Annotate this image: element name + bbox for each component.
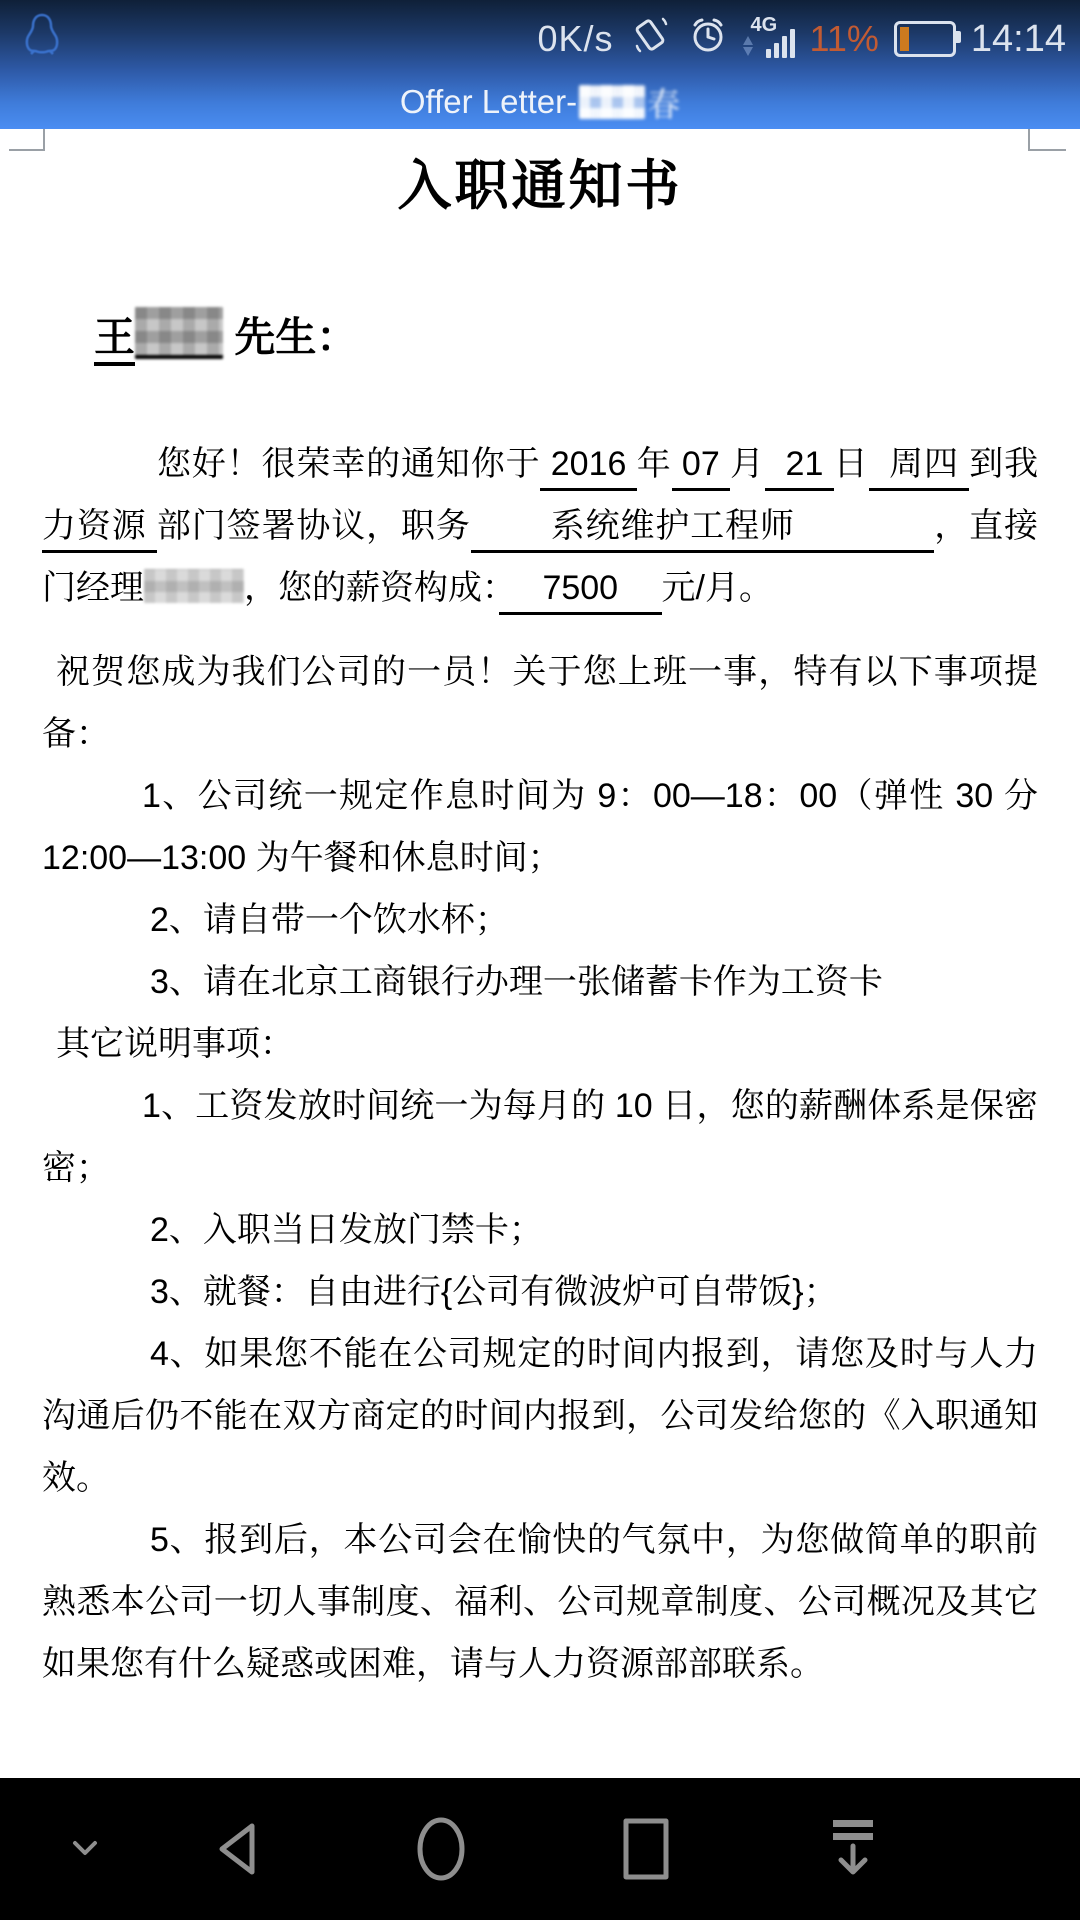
battery-level-fill <box>900 27 909 51</box>
redacted-name <box>579 85 645 119</box>
recipient-line: 王 先生： <box>42 301 1038 373</box>
redacted-text <box>144 569 244 603</box>
document-viewport[interactable]: 入职通知书 王 先生：您好！很荣幸的通知你于 2016 年 07 月 21 日 … <box>0 129 1080 1778</box>
document-line: 您好！很荣幸的通知你于 2016 年 07 月 21 日 周四 到我公司 人 <box>42 433 1038 495</box>
document-line: 备： <box>42 703 1038 765</box>
text-segment: 年 <box>637 445 672 483</box>
status-bar: 0K/s 4G <box>0 0 1080 70</box>
document-line: 1、工资发放时间统一为每月的 10 日，您的薪酬体系是保密的，请注意保 <box>42 1075 1038 1137</box>
document-line: 祝贺您成为我们公司的一员！关于您上班一事，特有以下事项提醒您做相应准 <box>42 641 1038 703</box>
text-segment: 门经理 <box>42 569 144 607</box>
text-segment: 力资源 <box>42 507 157 553</box>
recents-button[interactable] <box>620 1816 672 1882</box>
text-segment: ，您的薪资构成： <box>244 569 499 607</box>
document-page: 入职通知书 王 先生：您好！很荣幸的通知你于 2016 年 07 月 21 日 … <box>0 157 1080 1695</box>
text-segment: 熟悉本公司一切人事制度、福利、公司规章制度、公司概况及其它应注意事项， <box>42 1583 1038 1633</box>
text-segment: 先生： <box>223 314 357 360</box>
qq-notification-icon[interactable] <box>22 10 62 61</box>
text-segment: 日 <box>834 445 869 483</box>
text-segment: 月 <box>730 445 765 483</box>
text-segment: 1、工资发放时间统一为每月的 10 日，您的薪酬体系是保密的，请注意保 <box>42 1087 1038 1137</box>
document-line: 熟悉本公司一切人事制度、福利、公司规章制度、公司概况及其它应注意事项， <box>42 1571 1038 1633</box>
document-line: 5、报到后，本公司会在愉快的气氛中，为您做简单的职前讲解，包括让您 <box>42 1509 1038 1571</box>
text-segment: 密； <box>42 1149 110 1187</box>
page-corner-mark-left <box>9 129 45 151</box>
back-button[interactable] <box>212 1820 260 1878</box>
document-line: 3、就餐：自由进行{公司有微波炉可自带饭}； <box>42 1261 1038 1323</box>
text-segment: 21 <box>765 445 834 491</box>
document-line: 如果您有什么疑惑或困难，请与人力资源部部联系。 <box>42 1633 1038 1695</box>
text-segment: 备： <box>42 715 110 753</box>
text-segment: 您好！很荣幸的通知你于 <box>157 445 540 483</box>
text-segment: 如果您有什么疑惑或困难，请与人力资源部部联系。 <box>42 1645 824 1683</box>
document-line: 密； <box>42 1137 1038 1199</box>
header: 0K/s 4G <box>0 0 1080 129</box>
text-segment: 1、公司统一规定作息时间为 9：00—18：00（弹性 30 分钟），其中 <box>42 777 1038 827</box>
text-segment: 07 <box>672 445 730 491</box>
document-line: 其它说明事项： <box>42 1013 1038 1075</box>
text-segment: 系统维护工程师 <box>471 507 935 553</box>
home-button[interactable] <box>414 1815 468 1883</box>
document-body: 王 先生：您好！很荣幸的通知你于 2016 年 07 月 21 日 周四 到我公… <box>42 301 1038 1695</box>
document-line: 12:00—13:00 为午餐和休息时间； <box>42 827 1038 889</box>
network-speed: 0K/s <box>537 18 613 60</box>
document-line: 3、请在北京工商银行办理一张储蓄卡作为工资卡 <box>42 951 1038 1013</box>
document-line: 力资源 部门签署协议，职务 系统维护工程师 ，直接汇报组部 <box>42 495 1038 557</box>
text-segment: 2、入职当日发放门禁卡； <box>150 1211 543 1249</box>
alarm-icon <box>686 13 730 66</box>
text-segment: 周四 <box>869 445 970 491</box>
document-line: 效。 <box>42 1447 1038 1509</box>
text-segment: 2、请自带一个饮水杯； <box>150 901 509 939</box>
text-segment: 祝贺您成为我们公司的一员！关于您上班一事，特有以下事项提醒您做相应准 <box>42 653 1038 703</box>
android-nav-bar <box>0 1778 1080 1920</box>
clock: 14:14 <box>971 18 1066 61</box>
text-segment: 12:00—13:00 为午餐和休息时间； <box>42 839 562 877</box>
document-line: 1、公司统一规定作息时间为 9：00—18：00（弹性 30 分钟），其中 <box>42 765 1038 827</box>
document-heading: 入职通知书 <box>42 157 1038 215</box>
document-line: 2、入职当日发放门禁卡； <box>42 1199 1038 1261</box>
redacted-text <box>135 307 223 359</box>
document-line: 门经理，您的薪资构成： 7500 元/月。 <box>42 557 1038 619</box>
text-segment: 2016 <box>540 445 636 491</box>
hide-navbar-button[interactable] <box>829 1818 877 1880</box>
text-segment: 7500 <box>499 569 662 615</box>
document-title-suffix: 春 <box>647 79 680 126</box>
text-segment: 王 <box>94 314 135 366</box>
text-segment: 5、报到后，本公司会在愉快的气氛中，为您做简单的职前讲解，包括让您 <box>42 1521 1038 1571</box>
text-segment: 3、就餐：自由进行{公司有微波炉可自带饭}； <box>150 1273 838 1311</box>
text-segment: 4、如果您不能在公司规定的时间内报到，请您及时与人力资源部沟通，如 <box>42 1335 1038 1385</box>
battery-percent: 11% <box>810 18 879 60</box>
text-segment: 沟通后仍不能在双方商定的时间内报到，公司发给您的《入职通知书》将自动失 <box>42 1397 1038 1447</box>
vibrate-icon <box>629 13 671 66</box>
collapse-chevron-button[interactable] <box>69 1838 101 1860</box>
signal-4g-icon: 4G <box>745 18 795 60</box>
document-title-prefix: Offer Letter- <box>400 83 577 121</box>
document-line: 2、请自带一个饮水杯； <box>42 889 1038 951</box>
data-activity-icon <box>743 36 753 56</box>
document-line: 4、如果您不能在公司规定的时间内报到，请您及时与人力资源部沟通，如 <box>42 1323 1038 1385</box>
text-segment: 3、请在北京工商银行办理一张储蓄卡作为工资卡 <box>150 963 883 1001</box>
text-segment: 元/月。 <box>662 569 773 607</box>
battery-icon <box>894 21 956 57</box>
page-corner-mark-right <box>1028 129 1066 151</box>
text-segment: 部门签署协议，职务 <box>157 507 471 545</box>
text-segment: 其它说明事项： <box>56 1025 294 1063</box>
text-segment: 效。 <box>42 1459 110 1497</box>
title-bar: Offer Letter-春 <box>0 70 1080 134</box>
document-line: 沟通后仍不能在双方商定的时间内报到，公司发给您的《入职通知书》将自动失 <box>42 1385 1038 1447</box>
